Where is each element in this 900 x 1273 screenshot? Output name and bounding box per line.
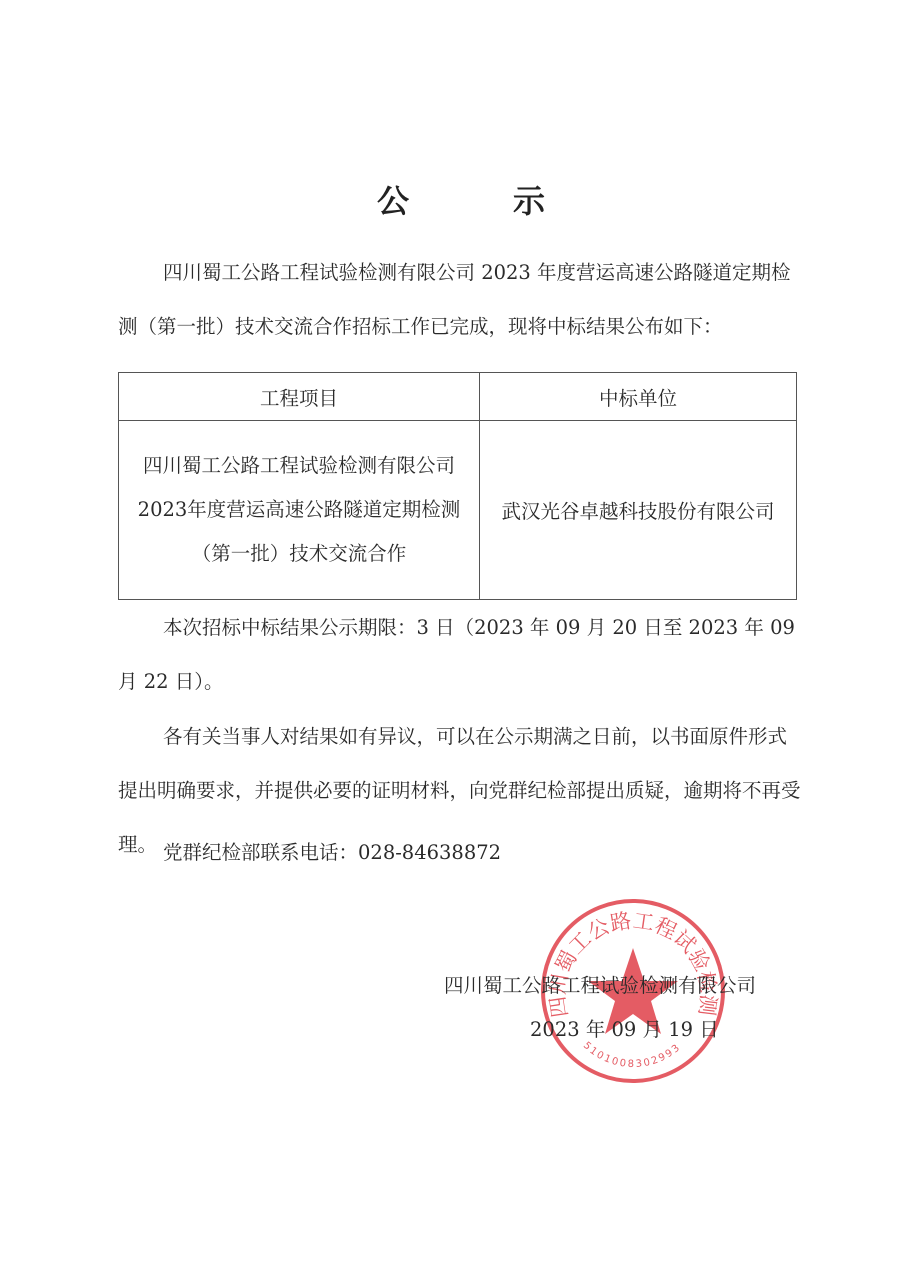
document-title: 公 示 [0,176,900,222]
result-table: 工程项目 中标单位 四川蜀工公路工程试验检测有限公司 2023年度营运高速公路隧… [118,372,797,600]
header-project: 工程项目 [119,373,480,421]
contact-text: 党群纪检部联系电话：028-84638872 [163,841,501,864]
signature-company: 四川蜀工公路工程试验检测有限公司 [444,970,756,998]
signature-date: 2023 年 09 月 19 日 [530,1014,719,1042]
project-line: 四川蜀工公路工程试验检测有限公司 [119,444,479,488]
project-line: （第一批）技术交流合作 [119,532,479,576]
seal-code: 5101008302993 [581,1040,684,1070]
notice-period-text: 本次招标中标结果公示期限：3 日（2023 年 09 月 20 日至 2023 … [118,616,795,693]
contact-paragraph: 党群纪检部联系电话：028-84638872 [118,826,803,880]
header-winner: 中标单位 [480,373,797,421]
svg-text:5101008302993: 5101008302993 [581,1040,684,1070]
project-cell: 四川蜀工公路工程试验检测有限公司 2023年度营运高速公路隧道定期检测 （第一批… [119,421,480,600]
project-line: 2023年度营运高速公路隧道定期检测 [119,488,479,532]
winner-cell: 武汉光谷卓越科技股份有限公司 [480,421,797,600]
notice-period-paragraph: 本次招标中标结果公示期限：3 日（2023 年 09 月 20 日至 2023 … [118,601,803,709]
intro-paragraph: 四川蜀工公路工程试验检测有限公司 2023 年度营运高速公路隧道定期检测（第一批… [118,246,803,354]
intro-text: 四川蜀工公路工程试验检测有限公司 2023 年度营运高速公路隧道定期检测（第一批… [118,261,791,338]
table-row: 四川蜀工公路工程试验检测有限公司 2023年度营运高速公路隧道定期检测 （第一批… [119,421,797,600]
table-header-row: 工程项目 中标单位 [119,373,797,421]
